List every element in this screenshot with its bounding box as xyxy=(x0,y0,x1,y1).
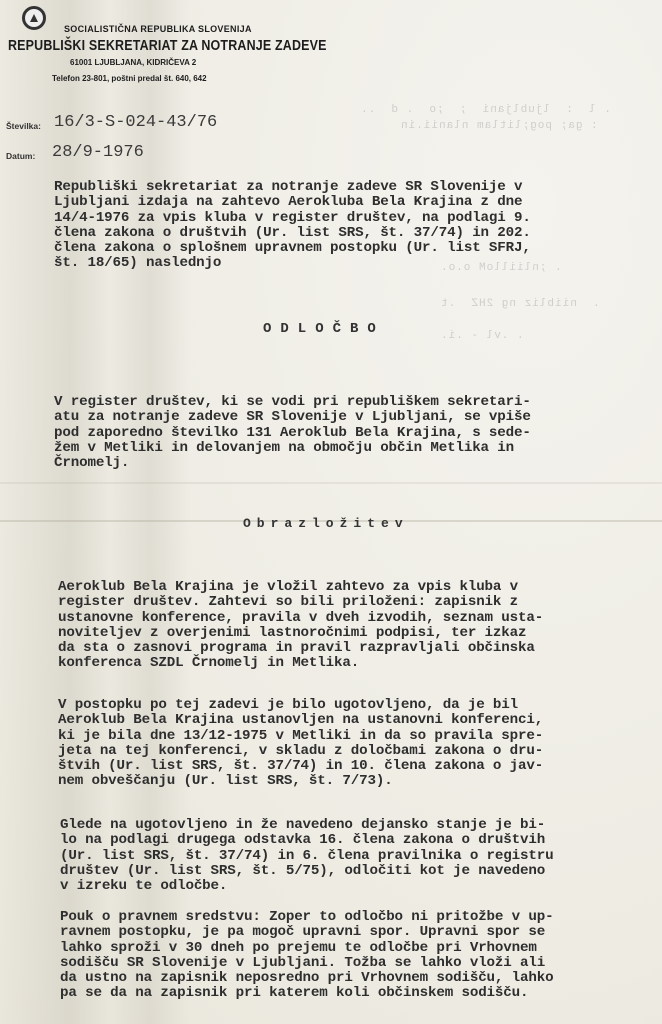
legal-remedy-paragraph: Pouk o pravnem sredstvu: Zoper to odločb… xyxy=(60,910,660,1002)
paper-fold-line xyxy=(0,482,662,484)
reasoning-paragraph: V postopku po tej zadevi je bilo ugotovl… xyxy=(58,698,658,790)
show-through-text: . l : ljubljani ; ;o . d .. xyxy=(360,104,611,116)
reasoning-heading: Obrazložitev xyxy=(243,516,409,531)
show-through-text: : ga; pog;litlam nlanii.in xyxy=(400,120,598,132)
number-label: Številka: xyxy=(6,121,41,131)
intro-paragraph: Republiški sekretariat za notranje zadev… xyxy=(54,180,654,272)
reasoning-paragraph: Aeroklub Bela Krajina je vložil zahtevo … xyxy=(58,580,658,672)
coat-of-arms-icon xyxy=(22,6,46,30)
letterhead-organization: REPUBLIŠKI SEKRETARIAT ZA NOTRANJE ZADEV… xyxy=(8,38,327,54)
letterhead-phone: Telefon 23-801, poštni predal št. 640, 6… xyxy=(52,74,207,83)
show-through-text: . .vl - .i. xyxy=(440,330,524,342)
decision-heading: ODLOČBO xyxy=(263,321,385,337)
decision-paragraph: V register društev, ki se vodi pri repub… xyxy=(54,395,654,471)
number-value: 16/3-S-024-43/76 xyxy=(54,113,217,132)
reasoning-paragraph: Glede na ugotovljeno in že navedeno deja… xyxy=(60,818,660,894)
letterhead-country: SOCIALISTIČNA REPUBLIKA SLOVENIJA xyxy=(64,24,252,34)
show-through-text: . niibliz ng 2HZ .t xyxy=(440,298,600,310)
date-value: 28/9-1976 xyxy=(52,143,144,162)
date-label: Datum: xyxy=(6,151,35,161)
letterhead-address: 61001 LJUBLJANA, KIDRIČEVA 2 xyxy=(70,58,196,67)
